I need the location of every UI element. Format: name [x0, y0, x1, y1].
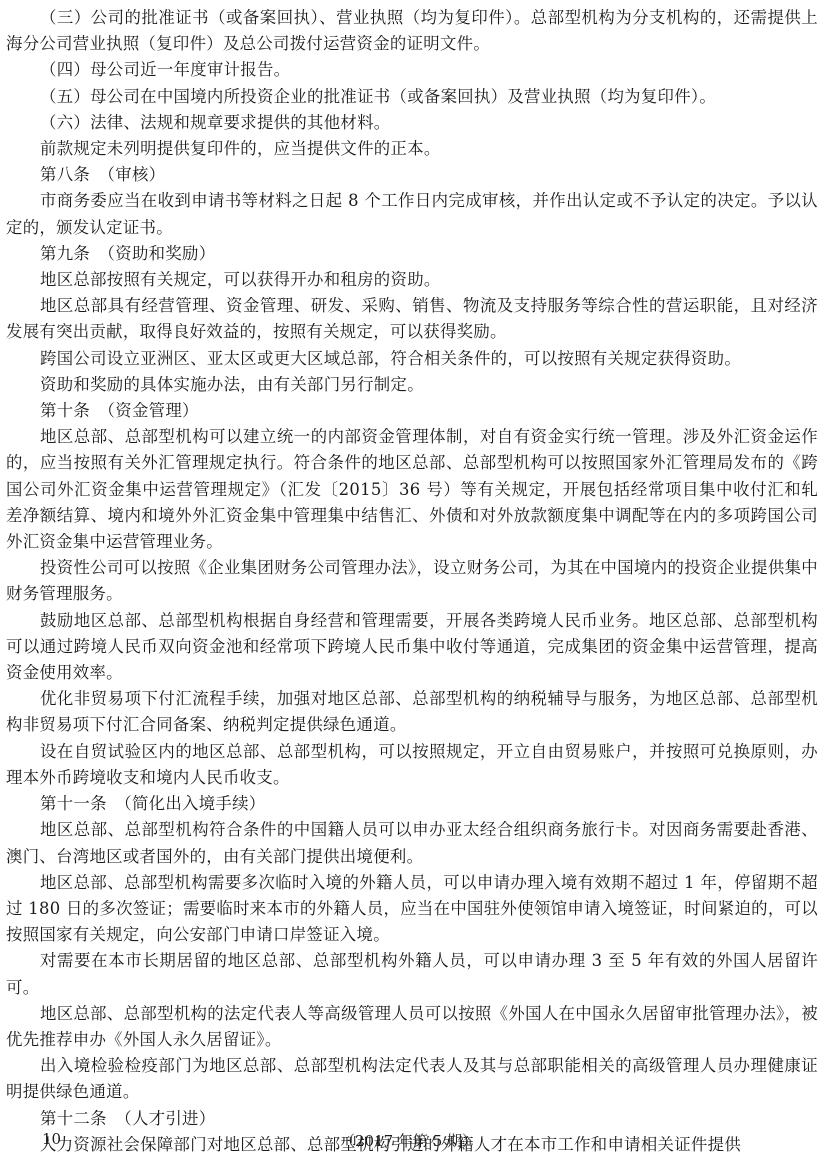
paragraph: 优化非贸易项下付汇流程手续，加强对地区总部、总部型机构的纳税辅导与服务，为地区总…: [6, 686, 818, 738]
article-9-heading: 第九条 （资助和奖励）: [6, 241, 818, 267]
paragraph: 出入境检验检疫部门为地区总部、总部型机构法定代表人及其与总部职能相关的高级管理人…: [6, 1053, 818, 1105]
paragraph: 设在自贸试验区内的地区总部、总部型机构，可以按照规定，开立自由贸易账户，并按照可…: [6, 739, 818, 791]
paragraph: 对需要在本市长期居留的地区总部、总部型机构外籍人员，可以申请办理 3 至 5 年…: [6, 948, 818, 1000]
page-footer: 10 （2017 年第 5 期）: [0, 1130, 827, 1156]
paragraph: 地区总部、总部型机构的法定代表人等高级管理人员可以按照《外国人在中国永久居留审批…: [6, 1001, 818, 1053]
article-10-heading: 第十条 （资金管理）: [6, 398, 818, 424]
document-body: （三）公司的批准证书（或备案回执）、营业执照（均为复印件）。总部型机构为分支机构…: [6, 5, 818, 1158]
page-number: 10: [42, 1130, 61, 1148]
paragraph-item-6: （六）法律、法规和规章要求提供的其他材料。: [6, 110, 818, 136]
paragraph: 鼓励地区总部、总部型机构根据自身经营和管理需要，开展各类跨境人民币业务。地区总部…: [6, 608, 818, 687]
article-12-heading: 第十二条 （人才引进）: [6, 1106, 818, 1132]
paragraph: 资助和奖励的具体实施办法，由有关部门另行制定。: [6, 372, 818, 398]
paragraph: 地区总部、总部型机构符合条件的中国籍人员可以申办亚太经合组织商务旅行卡。对因商务…: [6, 817, 818, 869]
article-8-heading: 第八条 （审核）: [6, 162, 818, 188]
paragraph-item-5: （五）母公司在中国境内所投资企业的批准证书（或备案回执）及营业执照（均为复印件）…: [6, 84, 818, 110]
paragraph-original-docs: 前款规定未列明提供复印件的，应当提供文件的正本。: [6, 136, 818, 162]
paragraph: 市商务委应当在收到申请书等材料之日起 8 个工作日内完成审核，并作出认定或不予认…: [6, 188, 818, 240]
paragraph: 跨国公司设立亚洲区、亚太区或更大区域总部，符合相关条件的，可以按照有关规定获得资…: [6, 346, 818, 372]
paragraph-item-4: （四）母公司近一年度审计报告。: [6, 57, 818, 83]
article-11-heading: 第十一条 （简化出入境手续）: [6, 791, 818, 817]
issue-label: （2017 年第 5 期）: [340, 1130, 477, 1151]
paragraph: 地区总部、总部型机构可以建立统一的内部资金管理体制，对自有资金实行统一管理。涉及…: [6, 424, 818, 555]
paragraph-item-3: （三）公司的批准证书（或备案回执）、营业执照（均为复印件）。总部型机构为分支机构…: [6, 5, 818, 57]
paragraph: 投资性公司可以按照《企业集团财务公司管理办法》，设立财务公司，为其在中国境内的投…: [6, 555, 818, 607]
paragraph: 地区总部具有经营管理、资金管理、研发、采购、销售、物流及支持服务等综合性的营运职…: [6, 293, 818, 345]
paragraph: 地区总部按照有关规定，可以获得开办和租房的资助。: [6, 267, 818, 293]
paragraph: 地区总部、总部型机构需要多次临时入境的外籍人员，可以申请办理入境有效期不超过 1…: [6, 870, 818, 949]
